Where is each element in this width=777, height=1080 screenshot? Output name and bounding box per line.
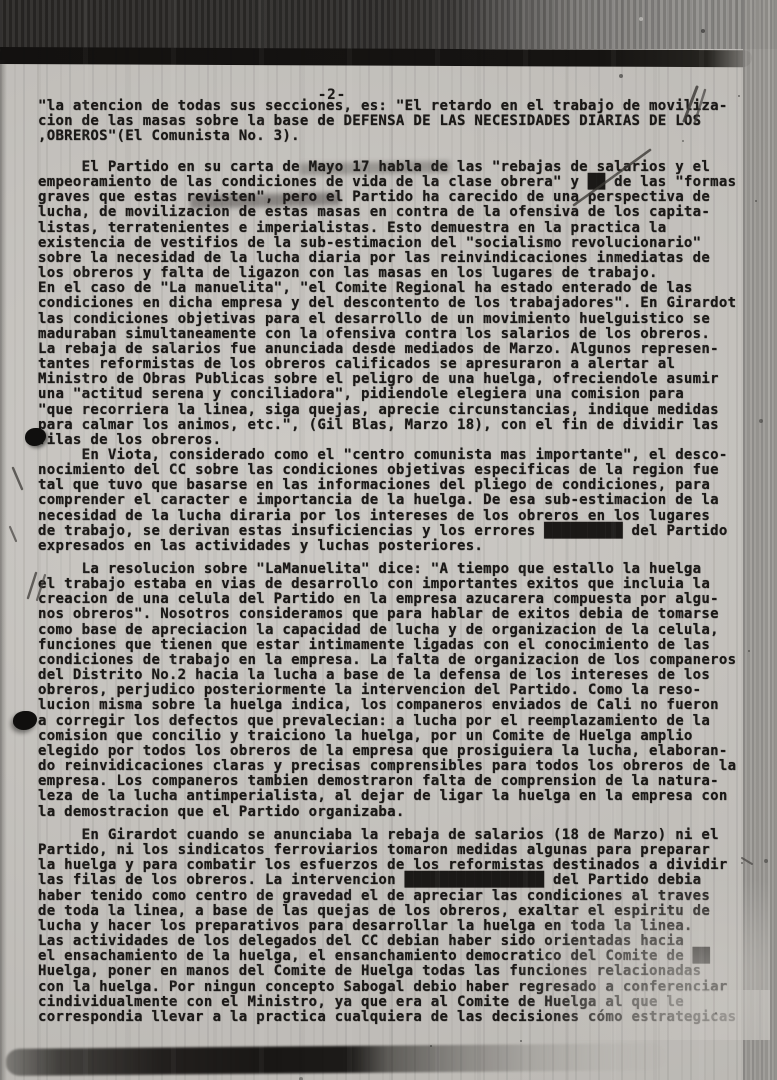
margin-tick-mark bbox=[10, 527, 16, 541]
scanned-document-page: -2- "la atencion de todas sus secciones,… bbox=[0, 0, 777, 1080]
scan-top-black-bar bbox=[0, 47, 752, 67]
paragraph-partido-carta-mayo: El Partido en su carta de Mayo 17 habla … bbox=[38, 160, 736, 554]
paragraph-intro-quote: "la atencion de todas sus secciones, es:… bbox=[38, 99, 728, 144]
paragraph-resolucion-lamanuelita: La resolucion sobre "LaManuelita" dice: … bbox=[38, 562, 736, 820]
scan-speckle-noise bbox=[0, 0, 2, 2]
margin-backslash-mark bbox=[13, 468, 22, 489]
paragraph-girardot-huelga: En Girardot cuando se anunciaba la rebaj… bbox=[38, 828, 736, 1025]
bottom-ink-smudge-bar bbox=[6, 1043, 666, 1076]
margin-double-slash-1 bbox=[28, 573, 36, 598]
ink-blot-left-margin-corregir bbox=[13, 711, 37, 730]
scan-top-dark-band bbox=[0, 0, 777, 49]
scan-right-edge-band bbox=[743, 0, 777, 1080]
scan-left-edge-shadow bbox=[0, 60, 7, 1080]
